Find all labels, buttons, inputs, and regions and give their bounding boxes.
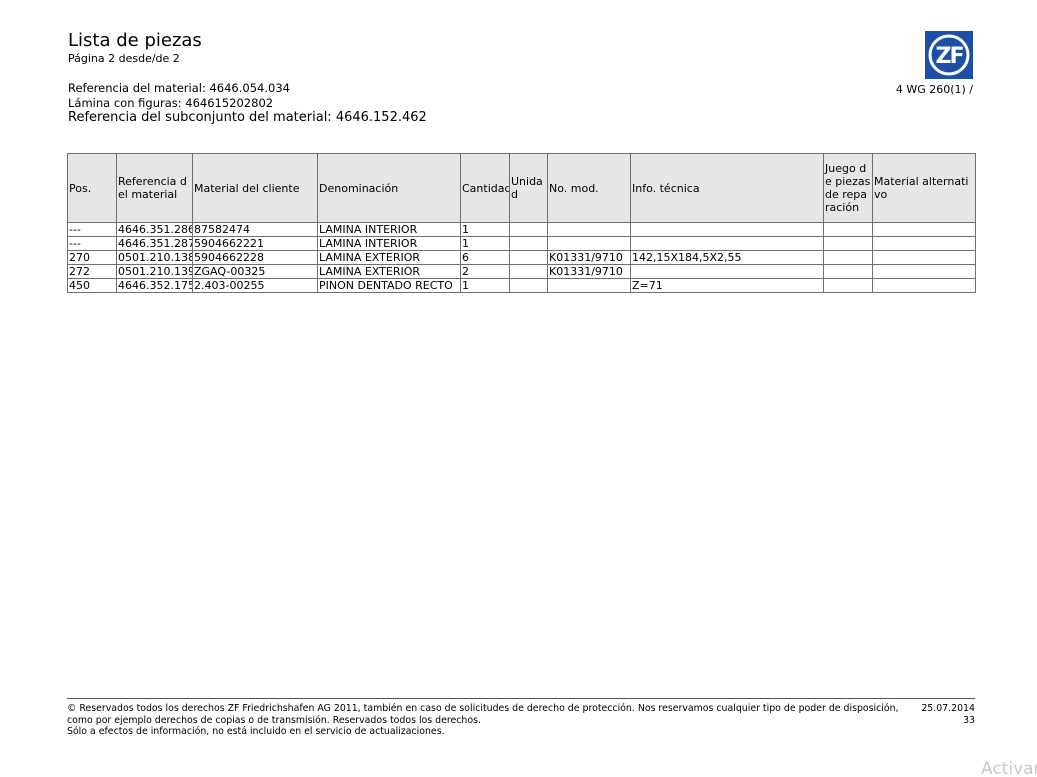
subassembly-reference: Referencia del subconjunto del material:… [68,110,427,126]
table-cell: 5904662228 [193,251,318,265]
table-cell: 6 [461,251,510,265]
table-cell: 1 [461,279,510,293]
table-cell: 142,15X184,5X2,55 [631,251,824,265]
table-cell [873,265,976,279]
page-info: Página 2 desde/de 2 [68,52,180,65]
table-cell: LAMINA EXTERIOR [318,251,461,265]
table-cell: --- [68,237,117,251]
table-cell: ZGAQ-00325 [193,265,318,279]
table-cell [873,223,976,237]
table-row: ---4646.351.28687582474LAMINA INTERIOR1 [68,223,976,237]
table-cell: 1 [461,223,510,237]
model-designation: 4 WG 260(1) / [896,83,973,96]
table-cell [873,251,976,265]
table-cell [510,237,548,251]
table-cell: 4646.351.286 [117,223,193,237]
footer-date: 25.07.2014 [921,703,975,715]
table-cell [631,223,824,237]
footer-note: Sólo a efectos de información, no está i… [67,726,917,738]
table-cell [824,265,873,279]
table-row: 2700501.210.1385904662228LAMINA EXTERIOR… [68,251,976,265]
table-cell [631,265,824,279]
table-cell: LAMINA EXTERIOR [318,265,461,279]
table-cell: 2 [461,265,510,279]
table-cell: 0501.210.138 [117,251,193,265]
column-header: Referencia del material [117,154,193,223]
column-header: Cantidad [461,154,510,223]
table-header-row: Pos.Referencia del materialMaterial del … [68,154,976,223]
footer-divider [67,698,975,699]
table-cell [824,279,873,293]
table-cell [824,237,873,251]
table-cell [548,237,631,251]
column-header: Denominación [318,154,461,223]
parts-table: Pos.Referencia del materialMaterial del … [67,153,976,293]
footer-legal: © Reservados todos los derechos ZF Fried… [67,703,917,738]
table-cell [510,279,548,293]
footer-page-number: 33 [963,715,975,727]
table-cell [824,251,873,265]
table-row: 4504646.352.1752.403-00255PINON DENTADO … [68,279,976,293]
table-cell [873,279,976,293]
table-cell [631,237,824,251]
column-header: Juego de piezas de reparación [824,154,873,223]
table-row: 2720501.210.139ZGAQ-00325LAMINA EXTERIOR… [68,265,976,279]
column-header: Material alternativo [873,154,976,223]
table-cell: 1 [461,237,510,251]
table-cell: K01331/9710 [548,251,631,265]
table-cell: Z=71 [631,279,824,293]
table-cell: 87582474 [193,223,318,237]
table-cell: 2.403-00255 [193,279,318,293]
column-header: Pos. [68,154,117,223]
table-cell: 4646.351.287 [117,237,193,251]
table-cell: LAMINA INTERIOR [318,237,461,251]
table-cell: 270 [68,251,117,265]
table-cell: 0501.210.139 [117,265,193,279]
table-cell: K01331/9710 [548,265,631,279]
footer-copyright: © Reservados todos los derechos ZF Fried… [67,703,917,726]
table-cell [510,223,548,237]
zf-logo-icon: ZF [925,31,973,79]
table-cell [510,265,548,279]
svg-text:ZF: ZF [936,44,964,69]
table-cell: PINON DENTADO RECTO [318,279,461,293]
table-cell [510,251,548,265]
activation-watermark: Activar [981,759,1037,777]
column-header: Unidad [510,154,548,223]
column-header: No. mod. [548,154,631,223]
table-cell: 4646.352.175 [117,279,193,293]
table-cell [548,279,631,293]
page-title: Lista de piezas [68,30,202,51]
column-header: Material del cliente [193,154,318,223]
table-row: ---4646.351.2875904662221LAMINA INTERIOR… [68,237,976,251]
table-cell [824,223,873,237]
table-cell: 5904662221 [193,237,318,251]
column-header: Info. técnica [631,154,824,223]
table-cell: 272 [68,265,117,279]
figure-sheet: Lámina con figuras: 464615202802 [68,96,273,110]
table-cell: 450 [68,279,117,293]
table-cell [548,223,631,237]
table-cell: --- [68,223,117,237]
table-cell: LAMINA INTERIOR [318,223,461,237]
material-reference: Referencia del material: 4646.054.034 [68,81,290,95]
table-cell [873,237,976,251]
